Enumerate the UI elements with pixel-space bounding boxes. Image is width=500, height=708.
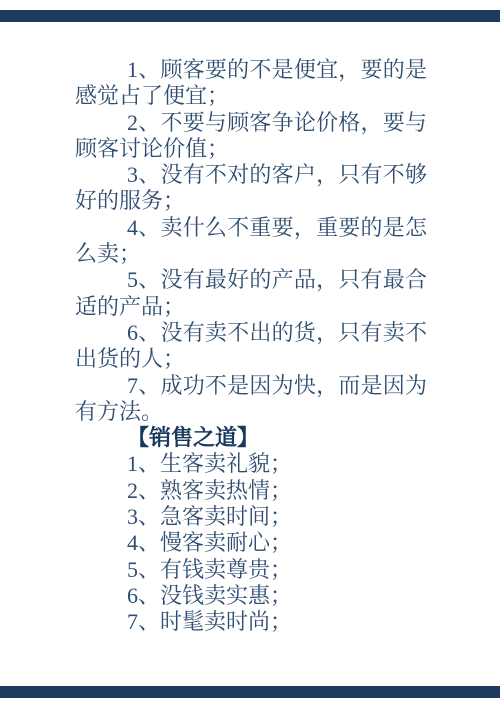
paragraph: 3、没有不对的客户，只有不够好的服务； bbox=[75, 162, 427, 215]
paragraph: 1、顾客要的不是便宜，要的是感觉占了便宜； bbox=[75, 57, 427, 110]
paragraph: 6、没有卖不出的货，只有卖不出货的人； bbox=[75, 320, 427, 373]
section-heading: 【销售之道】 bbox=[75, 425, 427, 451]
top-border-bar bbox=[0, 10, 500, 22]
paragraph: 7、时髦卖时尚； bbox=[75, 609, 427, 635]
paragraph: 6、没钱卖实惠； bbox=[75, 583, 427, 609]
paragraph: 3、急客卖时间； bbox=[75, 504, 427, 530]
paragraph: 4、卖什么不重要，重要的是怎么卖； bbox=[75, 215, 427, 268]
paragraph: 4、慢客卖耐心； bbox=[75, 530, 427, 556]
document-body: 1、顾客要的不是便宜，要的是感觉占了便宜；2、不要与顾客争论价格，要与顾客讨论价… bbox=[75, 57, 427, 636]
bottom-border-bar bbox=[0, 686, 500, 698]
paragraph: 2、不要与顾客争论价格，要与顾客讨论价值； bbox=[75, 110, 427, 163]
paragraph: 2、熟客卖热情； bbox=[75, 478, 427, 504]
paragraph: 5、有钱卖尊贵； bbox=[75, 557, 427, 583]
paragraph: 5、没有最好的产品，只有最合适的产品； bbox=[75, 267, 427, 320]
paragraph: 1、生客卖礼貌； bbox=[75, 451, 427, 477]
document-page: 1、顾客要的不是便宜，要的是感觉占了便宜；2、不要与顾客争论价格，要与顾客讨论价… bbox=[0, 0, 500, 708]
paragraph: 7、成功不是因为快，而是因为有方法。 bbox=[75, 373, 427, 426]
